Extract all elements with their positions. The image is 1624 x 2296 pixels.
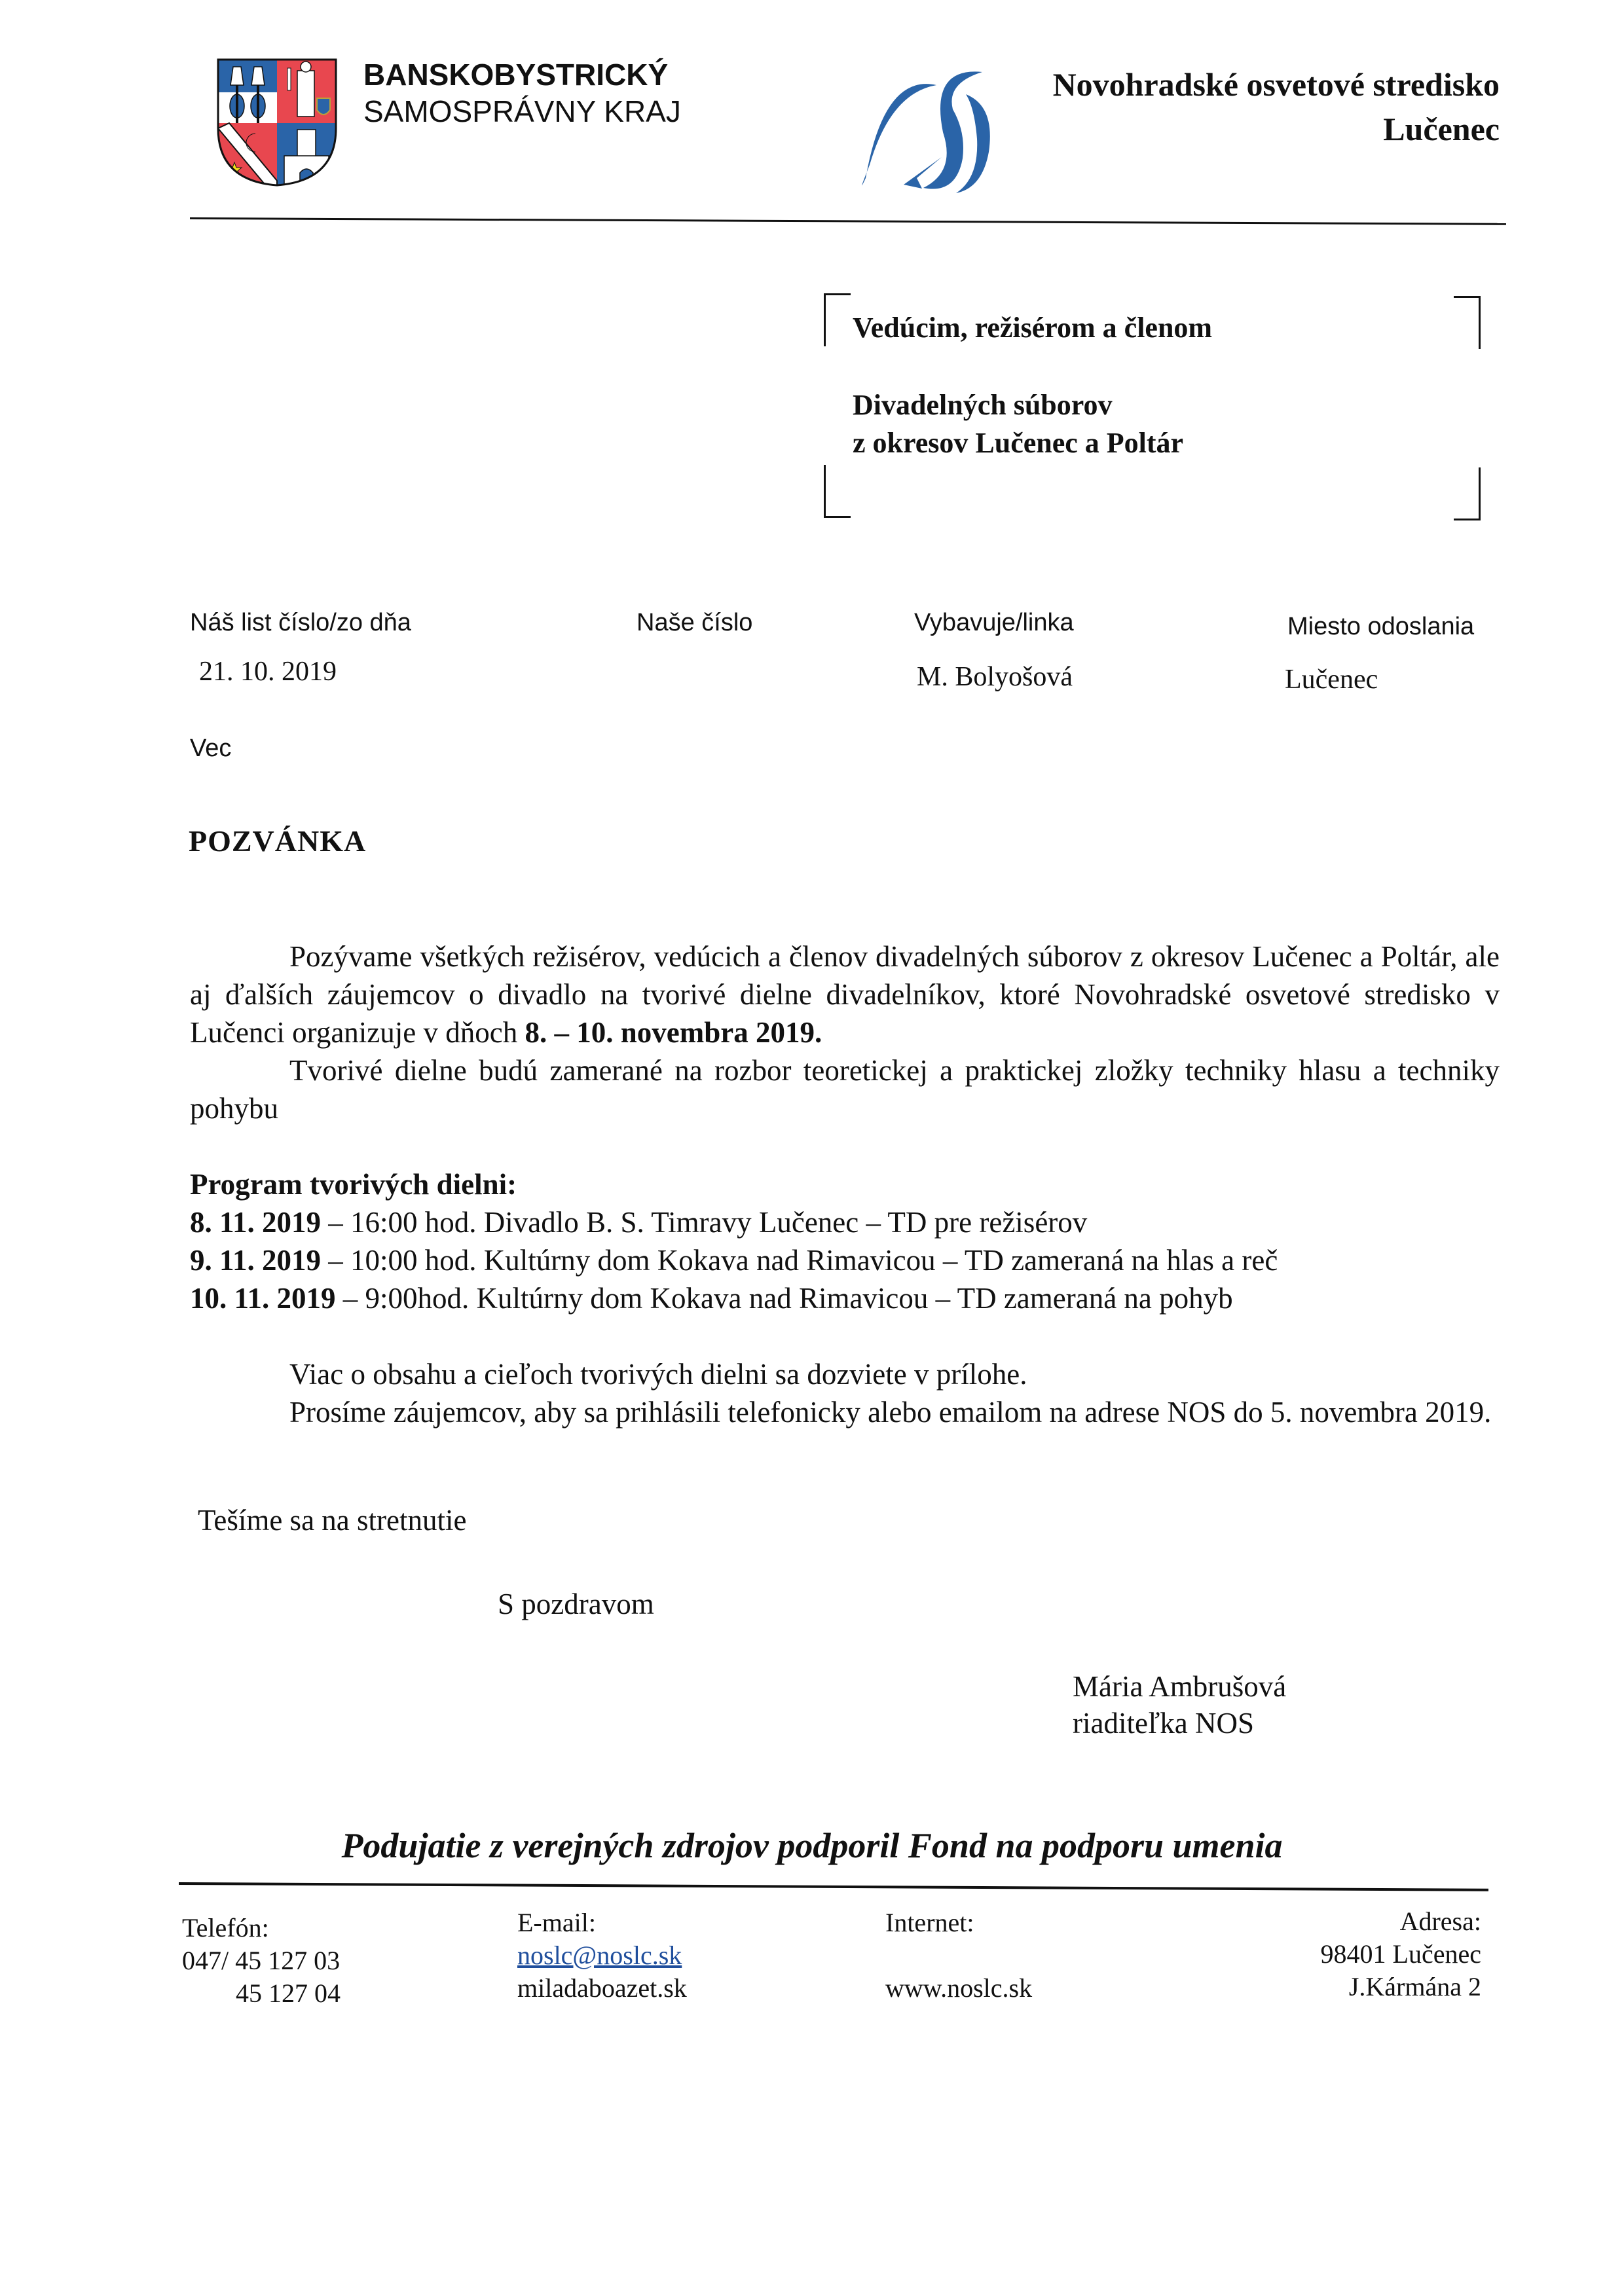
closing-greeting: Tešíme sa na stretnutie	[198, 1503, 466, 1537]
ref-value-place: Lučenec	[1285, 664, 1378, 695]
website-url[interactable]: www.noslc.sk	[885, 1972, 1032, 2005]
phone-number-2: 45 127 04	[182, 1977, 341, 2010]
coat-of-arms-icon	[215, 56, 339, 187]
region-name: BANSKOBYSTRICKÝ SAMOSPRÁVNY KRAJ	[363, 56, 681, 130]
header-divider	[190, 217, 1506, 225]
program-item-date: 8. 11. 2019	[190, 1206, 321, 1239]
address-label: Adresa:	[1321, 1905, 1481, 1938]
recipient-block: Vedúcim, režisérom a členom Divadelných …	[853, 309, 1212, 462]
ref-label-our-number: Naše číslo	[637, 609, 752, 637]
recipient-line2: Divadelných súborov	[853, 386, 1212, 424]
address-window-corner-bottom-right	[1454, 467, 1481, 520]
organization-name: Novohradské osvetové stredisko Lučenec	[1053, 62, 1500, 151]
program-item-details: – 10:00 hod. Kultúrny dom Kokava nad Rim…	[321, 1244, 1278, 1277]
region-name-line1: BANSKOBYSTRICKÝ	[363, 56, 681, 93]
address-window-corner-top-left	[824, 293, 851, 346]
program-title: Program tvorivých dielni:	[190, 1165, 1500, 1203]
phone-number-1: 047/ 45 127 03	[182, 1944, 341, 1977]
footer-address: Adresa: 98401 Lučenec J.Kármána 2	[1321, 1905, 1481, 2003]
program-item-date: 10. 11. 2019	[190, 1282, 336, 1315]
program-item-details: – 9:00hod. Kultúrny dom Kokava nad Rimav…	[336, 1282, 1233, 1315]
internet-label: Internet:	[885, 1906, 1032, 1939]
nos-logo-icon	[845, 60, 995, 198]
address-window-corner-bottom-left	[824, 465, 851, 518]
organization-name-line1: Novohradské osvetové stredisko	[1053, 62, 1500, 107]
closing-regards: S pozdravom	[498, 1587, 654, 1621]
signatory: Mária Ambrušová riaditeľka NOS	[1073, 1668, 1286, 1741]
email-secondary: miladaboazet.sk	[517, 1972, 687, 2005]
address-line-1: 98401 Lučenec	[1321, 1938, 1481, 1971]
program-item: 10. 11. 2019 – 9:00hod. Kultúrny dom Kok…	[190, 1279, 1500, 1317]
address-window-corner-top-right	[1454, 296, 1481, 349]
sponsor-note: Podujatie z verejných zdrojov podporil F…	[0, 1825, 1624, 1866]
subject-label: Vec	[190, 735, 231, 763]
ref-label-place-of-sending: Miesto odoslania	[1287, 613, 1474, 641]
body-closing-paragraphs: Viac o obsahu a cieľoch tvorivých dielni…	[190, 1355, 1500, 1431]
email-label: E-mail:	[517, 1906, 687, 1939]
program-item: 9. 11. 2019 – 10:00 hod. Kultúrny dom Ko…	[190, 1241, 1500, 1279]
address-line-2: J.Kármána 2	[1321, 1971, 1481, 2003]
program-item-details: – 16:00 hod. Divadlo B. S. Timravy Lučen…	[321, 1206, 1087, 1239]
program-list: Program tvorivých dielni: 8. 11. 2019 – …	[190, 1165, 1500, 1317]
spacer	[885, 1939, 1032, 1972]
footer-phone: Telefón: 047/ 45 127 03 45 127 04	[182, 1912, 341, 2010]
ref-value-handled-by: M. Bolyošová	[917, 661, 1073, 693]
phone-label: Telefón:	[182, 1912, 341, 1944]
program-item: 8. 11. 2019 – 16:00 hod. Divadlo B. S. T…	[190, 1203, 1500, 1241]
ref-label-our-letter: Náš list číslo/zo dňa	[190, 609, 411, 637]
email-link[interactable]: noslc@noslc.sk	[517, 1941, 682, 1970]
ref-label-handled-by: Vybavuje/linka	[914, 609, 1074, 637]
body-paragraph-attachment: Viac o obsahu a cieľoch tvorivých dielni…	[190, 1355, 1500, 1393]
footer-internet: Internet: www.noslc.sk	[885, 1906, 1032, 2005]
recipient-line3: z okresov Lučenec a Poltár	[853, 424, 1212, 462]
invitation-text: Pozývame všetkých režisérov, vedúcich a …	[190, 940, 1500, 1049]
body-paragraph-invitation: Pozývame všetkých režisérov, vedúcich a …	[190, 938, 1500, 1051]
body-paragraph-focus: Tvorivé dielne budú zamerané na rozbor t…	[190, 1051, 1500, 1127]
footer-email: E-mail: noslc@noslc.sk miladaboazet.sk	[517, 1906, 687, 2005]
ref-value-date: 21. 10. 2019	[199, 656, 337, 687]
letter-body: Pozývame všetkých režisérov, vedúcich a …	[190, 938, 1500, 1431]
footer-divider	[179, 1882, 1488, 1891]
signatory-name: Mária Ambrušová	[1073, 1668, 1286, 1705]
subject-title: POZVÁNKA	[189, 824, 366, 858]
recipient-line1: Vedúcim, režisérom a členom	[853, 309, 1212, 347]
signatory-title: riaditeľka NOS	[1073, 1705, 1286, 1741]
region-name-line2: SAMOSPRÁVNY KRAJ	[363, 93, 681, 130]
program-item-date: 9. 11. 2019	[190, 1244, 321, 1277]
organization-name-line2: Lučenec	[1053, 107, 1500, 151]
invitation-dates: 8. – 10. novembra 2019.	[525, 1016, 822, 1049]
body-paragraph-registration: Prosíme záujemcov, aby sa prihlásili tel…	[190, 1393, 1500, 1431]
